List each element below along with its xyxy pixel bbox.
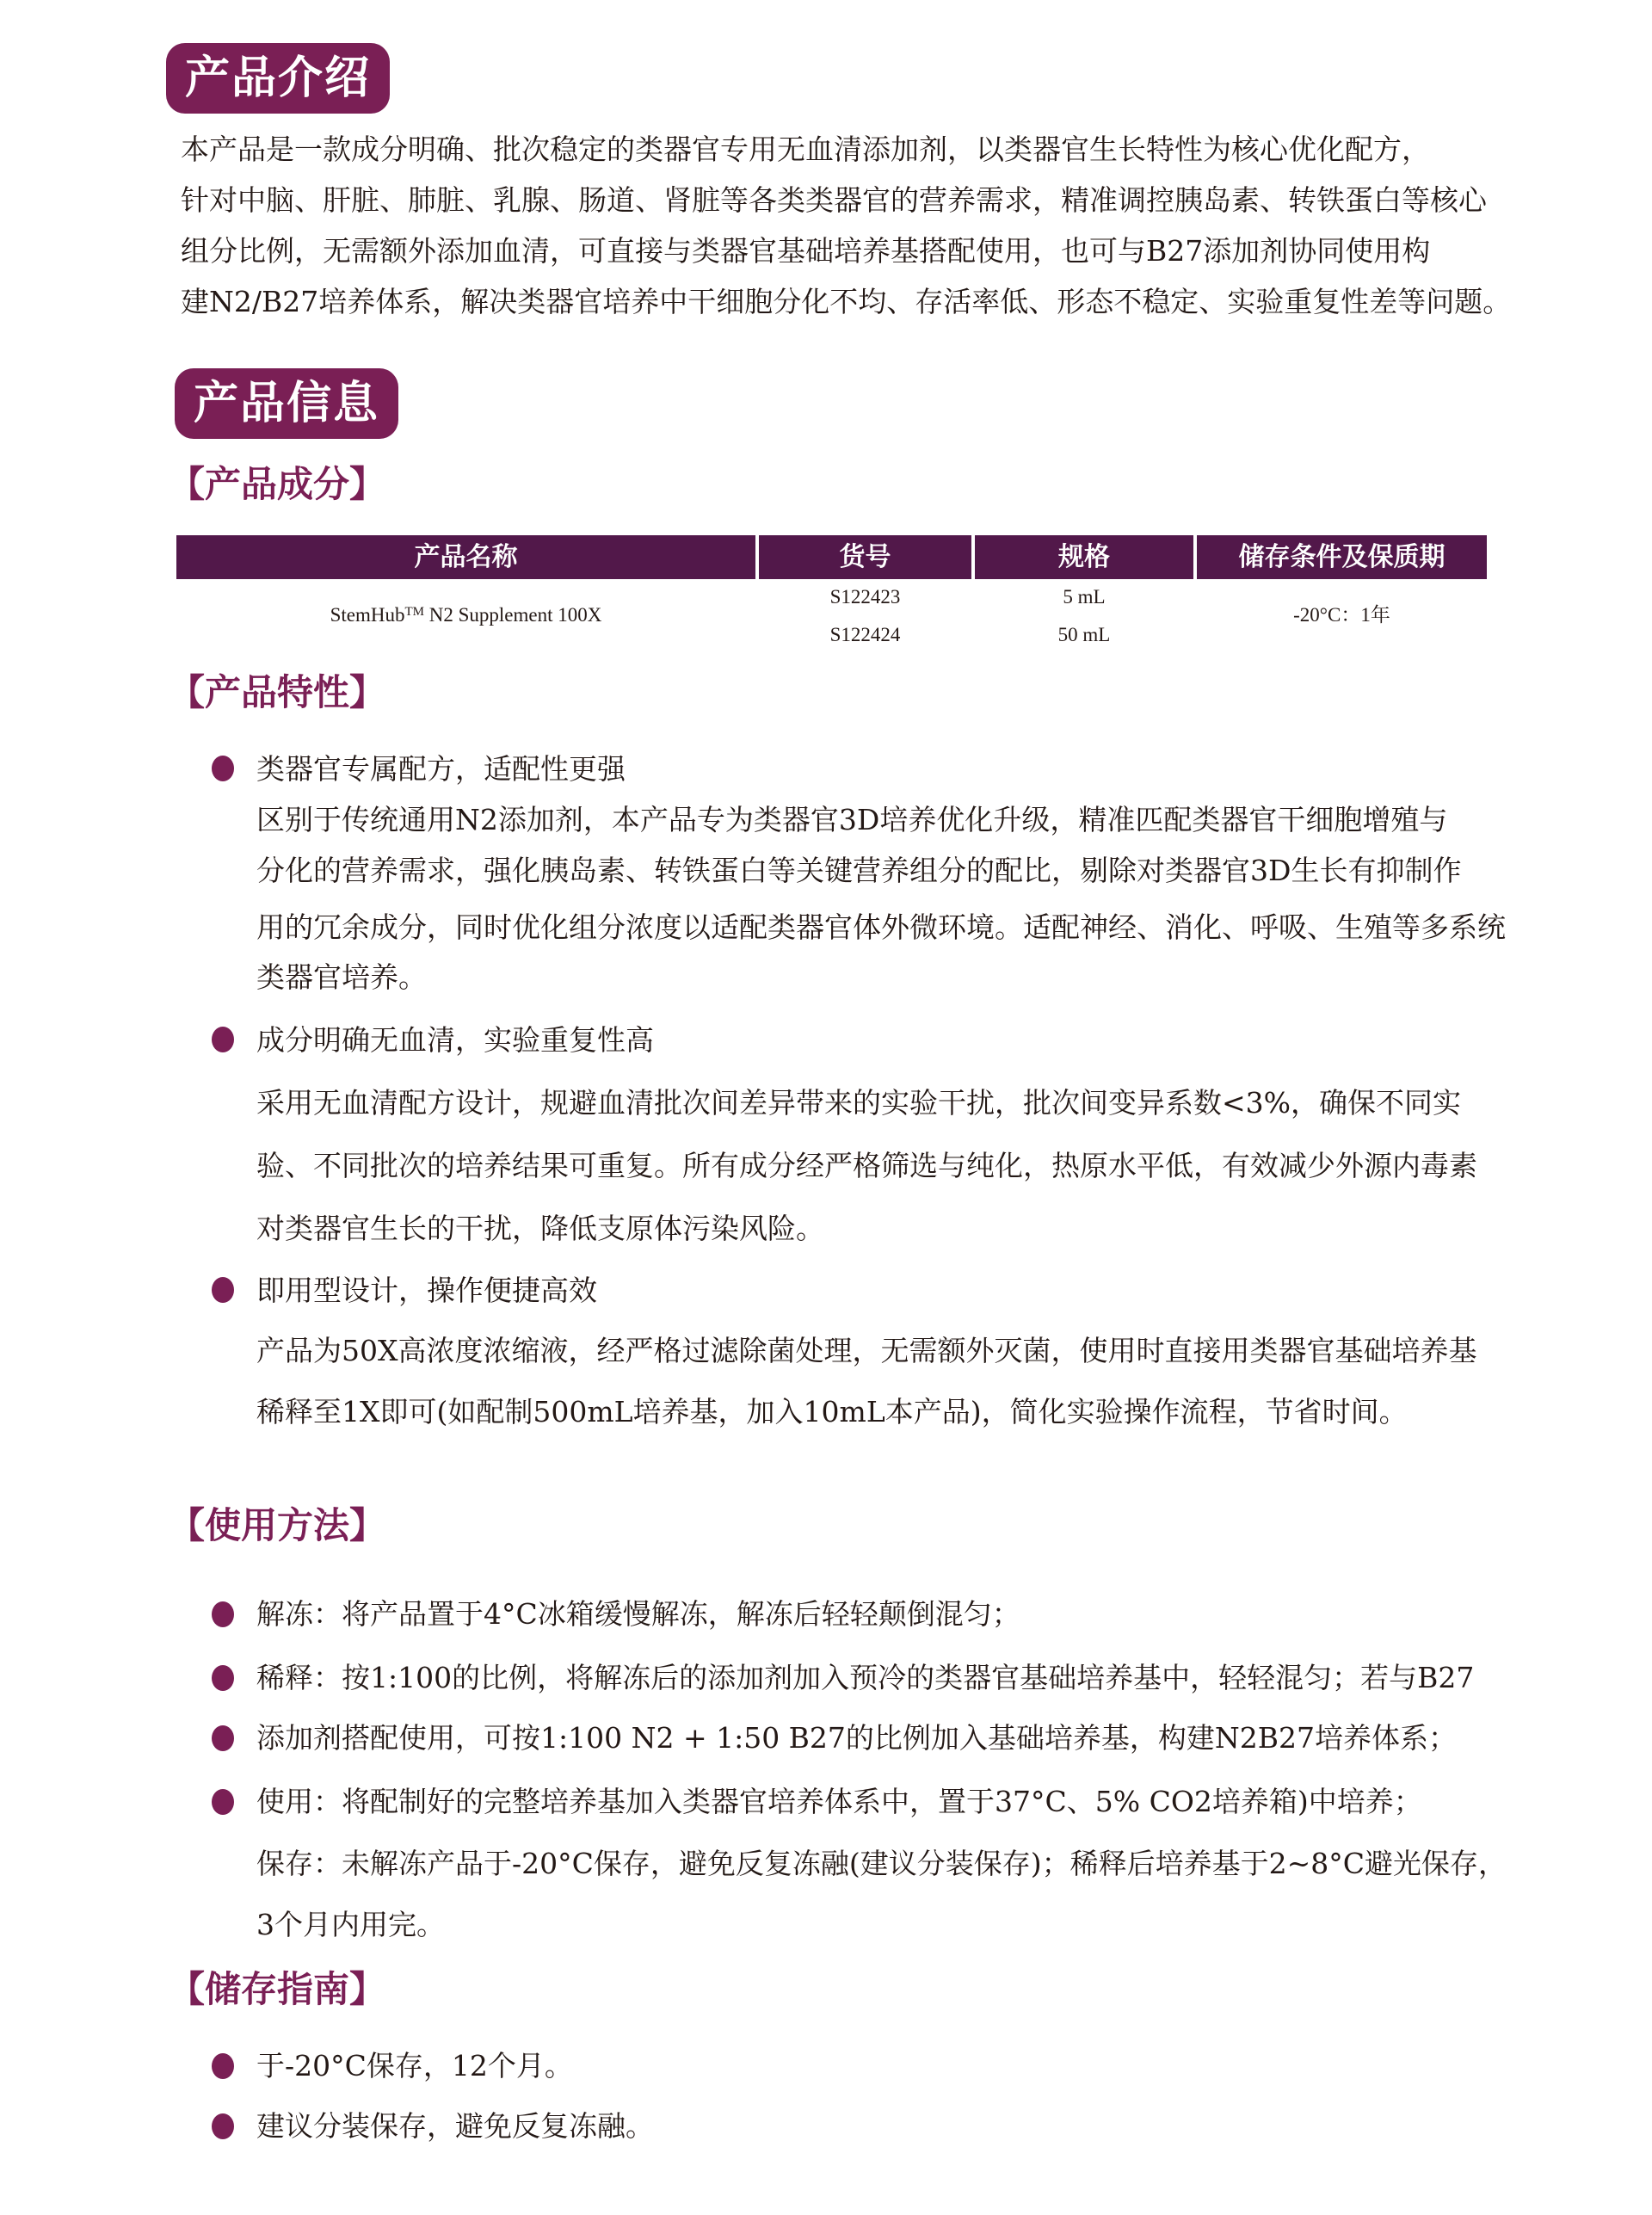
bullet-icon xyxy=(212,1665,234,1691)
catalog-cell: S122424 xyxy=(759,622,971,648)
section-badge-info: 产品信息 xyxy=(175,368,398,439)
feature-title: 成分明确无血清，实验重复性高 xyxy=(256,1021,654,1059)
intro-line: 针对中脑、肝脏、肺脏、乳腺、肠道、肾脏等各类类器官的营养需求，精准调控胰岛素、转… xyxy=(181,182,1487,219)
feature-line: 采用无血清配方设计，规避血清批次间差异带来的实验干扰，批次间变异系数<3%，确保… xyxy=(256,1084,1461,1122)
bullet-icon xyxy=(212,2053,234,2079)
product-model: N2 Supplement 100X xyxy=(424,604,601,626)
usage-text: 保存：未解冻产品于-20°C保存，避免反复冻融(建议分装保存)；稀释后培养基于2… xyxy=(256,1845,1507,1883)
feature-line: 类器官培养。 xyxy=(256,959,427,996)
bullet-icon xyxy=(212,1027,234,1052)
column-header-catalog: 货号 xyxy=(759,535,971,579)
usage-text: 3个月内用完。 xyxy=(256,1906,445,1944)
composition-heading: 【产品成分】 xyxy=(169,463,385,506)
feature-title: 即用型设计，操作便捷高效 xyxy=(256,1272,597,1310)
column-header-product-name: 产品名称 xyxy=(176,535,755,579)
usage-heading: 【使用方法】 xyxy=(169,1504,385,1547)
storage-heading: 【储存指南】 xyxy=(169,1968,385,2011)
usage-text: 添加剂搭配使用，可按1:100 N2 + 1:50 B27的比例加入基础培养基，… xyxy=(256,1719,1457,1757)
features-heading: 【产品特性】 xyxy=(169,671,385,714)
feature-line: 稀释至1X即可(如配制500mL培养基，加入10mL本产品)，简化实验操作流程，… xyxy=(256,1393,1408,1431)
feature-line: 产品为50X高浓度浓缩液，经严格过滤除菌处理，无需额外灭菌，使用时直接用类器官基… xyxy=(256,1332,1476,1370)
bullet-icon xyxy=(212,756,234,781)
storage-text: 建议分装保存，避免反复冻融。 xyxy=(256,2107,654,2145)
storage-cell: -20°C：1年 xyxy=(1197,602,1487,628)
feature-line: 用的冗余成分，同时优化组分浓度以适配类器官体外微环境。适配神经、消化、呼吸、生殖… xyxy=(256,909,1506,947)
usage-text: 使用：将配制好的完整培养基加入类器官培养体系中，置于37°C、5% CO2培养箱… xyxy=(256,1783,1422,1821)
bullet-icon xyxy=(212,1601,234,1627)
size-cell: 50 mL xyxy=(975,622,1193,648)
product-brand: StemHub xyxy=(330,604,405,626)
feature-line: 分化的营养需求，强化胰岛素、转铁蛋白等关键营养组分的配比，剔除对类器官3D生长有… xyxy=(256,852,1461,890)
section-badge-intro: 产品介绍 xyxy=(166,43,390,114)
intro-line: 组分比例，无需额外添加血清，可直接与类器官基础培养基搭配使用，也可与B27添加剂… xyxy=(181,232,1430,270)
size-cell: 5 mL xyxy=(975,584,1193,610)
storage-text: 于-20°C保存，12个月。 xyxy=(256,2047,573,2085)
catalog-cell: S122423 xyxy=(759,584,971,610)
feature-title: 类器官专属配方，适配性更强 xyxy=(256,750,626,788)
bullet-icon xyxy=(212,1725,234,1751)
usage-text: 解冻：将产品置于4°C冰箱缓慢解冻，解冻后轻轻颠倒混匀； xyxy=(256,1595,1020,1633)
bullet-icon xyxy=(212,1789,234,1815)
bullet-icon xyxy=(212,1277,234,1303)
intro-line: 建N2/B27培养体系，解决类器官培养中干细胞分化不均、存活率低、形态不稳定、实… xyxy=(181,283,1511,321)
usage-text: 稀释：按1:100的比例，将解冻后的添加剂加入预冷的类器官基础培养基中，轻轻混匀… xyxy=(256,1659,1474,1697)
column-header-storage: 储存条件及保质期 xyxy=(1197,535,1487,579)
feature-line: 验、不同批次的培养结果可重复。所有成分经严格筛选与纯化，热原水平低，有效减少外源… xyxy=(256,1147,1477,1185)
trademark: TM xyxy=(405,605,425,619)
feature-line: 对类器官生长的干扰，降低支原体污染风险。 xyxy=(256,1210,824,1248)
feature-line: 区别于传统通用N2添加剂，本产品专为类器官3D培养优化升级，精准匹配类器官干细胞… xyxy=(256,801,1447,839)
column-header-size: 规格 xyxy=(975,535,1193,579)
intro-line: 本产品是一款成分明确、批次稳定的类器官专用无血清添加剂，以类器官生长特性为核心优… xyxy=(181,131,1430,169)
bullet-icon xyxy=(212,2113,234,2139)
product-name-cell: StemHubTM N2 Supplement 100X xyxy=(176,602,755,628)
